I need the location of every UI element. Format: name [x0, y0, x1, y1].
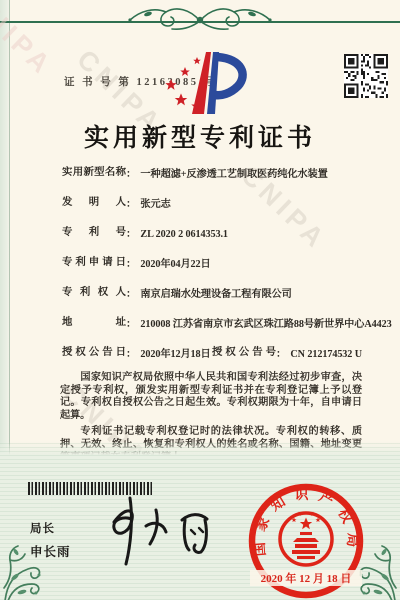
- grant-date-pair: 授权公告日：2020年12月18日: [62, 344, 211, 361]
- grant-number-pair: 授权公告号：CN 212174532 U: [212, 346, 362, 362]
- field-row-filing-date: 专利申请日：2020年04月22日: [62, 256, 382, 286]
- qr-code: [344, 54, 388, 98]
- patent-certificate-page: CNIPA CNIPA CNIPA CNIPA 证 书 号 第 12163085…: [0, 0, 400, 600]
- field-colon: ：: [126, 169, 136, 180]
- cnipa-logo-icon: [150, 48, 255, 118]
- field-colon: ：: [126, 229, 136, 240]
- field-value: 2020年04月22日: [140, 259, 210, 270]
- field-value: 张元志: [140, 199, 170, 210]
- field-label: 授权公告号: [212, 346, 276, 360]
- field-colon: ：: [126, 349, 136, 360]
- top-flourish-ornament-icon: [120, 3, 280, 37]
- field-row-name: 实用新型名称：一种超滤+反渗透工艺制取医药纯化水装置: [62, 166, 382, 196]
- field-label: 专利申请日: [62, 256, 126, 270]
- director-signature-handwriting: [100, 492, 218, 570]
- field-label: 地址: [62, 316, 126, 330]
- field-label: 专利号: [62, 226, 126, 240]
- field-label: 专利权人: [62, 286, 126, 300]
- field-value: 210008 江苏省南京市玄武区珠江路88号新世界中心A4423: [140, 319, 391, 330]
- field-value: CN 212174532 U: [290, 349, 362, 360]
- field-value: 一种超滤+反渗透工艺制取医药纯化水装置: [140, 169, 327, 180]
- director-title: 局长: [30, 520, 55, 536]
- field-row-patent-number: 专利号：ZL 2020 2 0614353.1: [62, 226, 382, 256]
- field-value: ZL 2020 2 0614353.1: [140, 229, 228, 240]
- field-label: 授权公告日: [62, 346, 126, 360]
- legal-paragraph-1: 国家知识产权局依照中华人民共和国专利法经过初步审查，决定授予专利权，颁发实用新型…: [60, 372, 362, 422]
- field-colon: ：: [126, 289, 136, 300]
- field-colon: ：: [126, 259, 136, 270]
- field-value: 南京启瑞水处理设备工程有限公司: [140, 289, 291, 300]
- field-label: 发明人: [62, 196, 126, 210]
- field-row-patentee: 专利权人：南京启瑞水处理设备工程有限公司: [62, 286, 382, 316]
- field-list: 实用新型名称：一种超滤+反渗透工艺制取医药纯化水装置 发明人：张元志 专利号：Z…: [62, 166, 382, 376]
- page-title: 实用新型专利证书: [0, 118, 400, 154]
- field-colon: ：: [126, 199, 136, 210]
- director-name: 申长雨: [30, 542, 71, 560]
- seal-date-text: 2020 年 12 月 18 日: [261, 571, 352, 585]
- field-colon: ：: [126, 319, 136, 330]
- field-row-address: 地址：210008 江苏省南京市玄武区珠江路88号新世界中心A4423: [62, 316, 382, 346]
- field-colon: ：: [276, 349, 286, 360]
- field-value: 2020年12月18日: [140, 349, 210, 360]
- field-row-inventor: 发明人：张元志: [62, 196, 382, 226]
- official-seal: 国家知识产权局 2020 年 12 月 18 日: [247, 482, 365, 600]
- field-label: 实用新型名称: [62, 166, 126, 180]
